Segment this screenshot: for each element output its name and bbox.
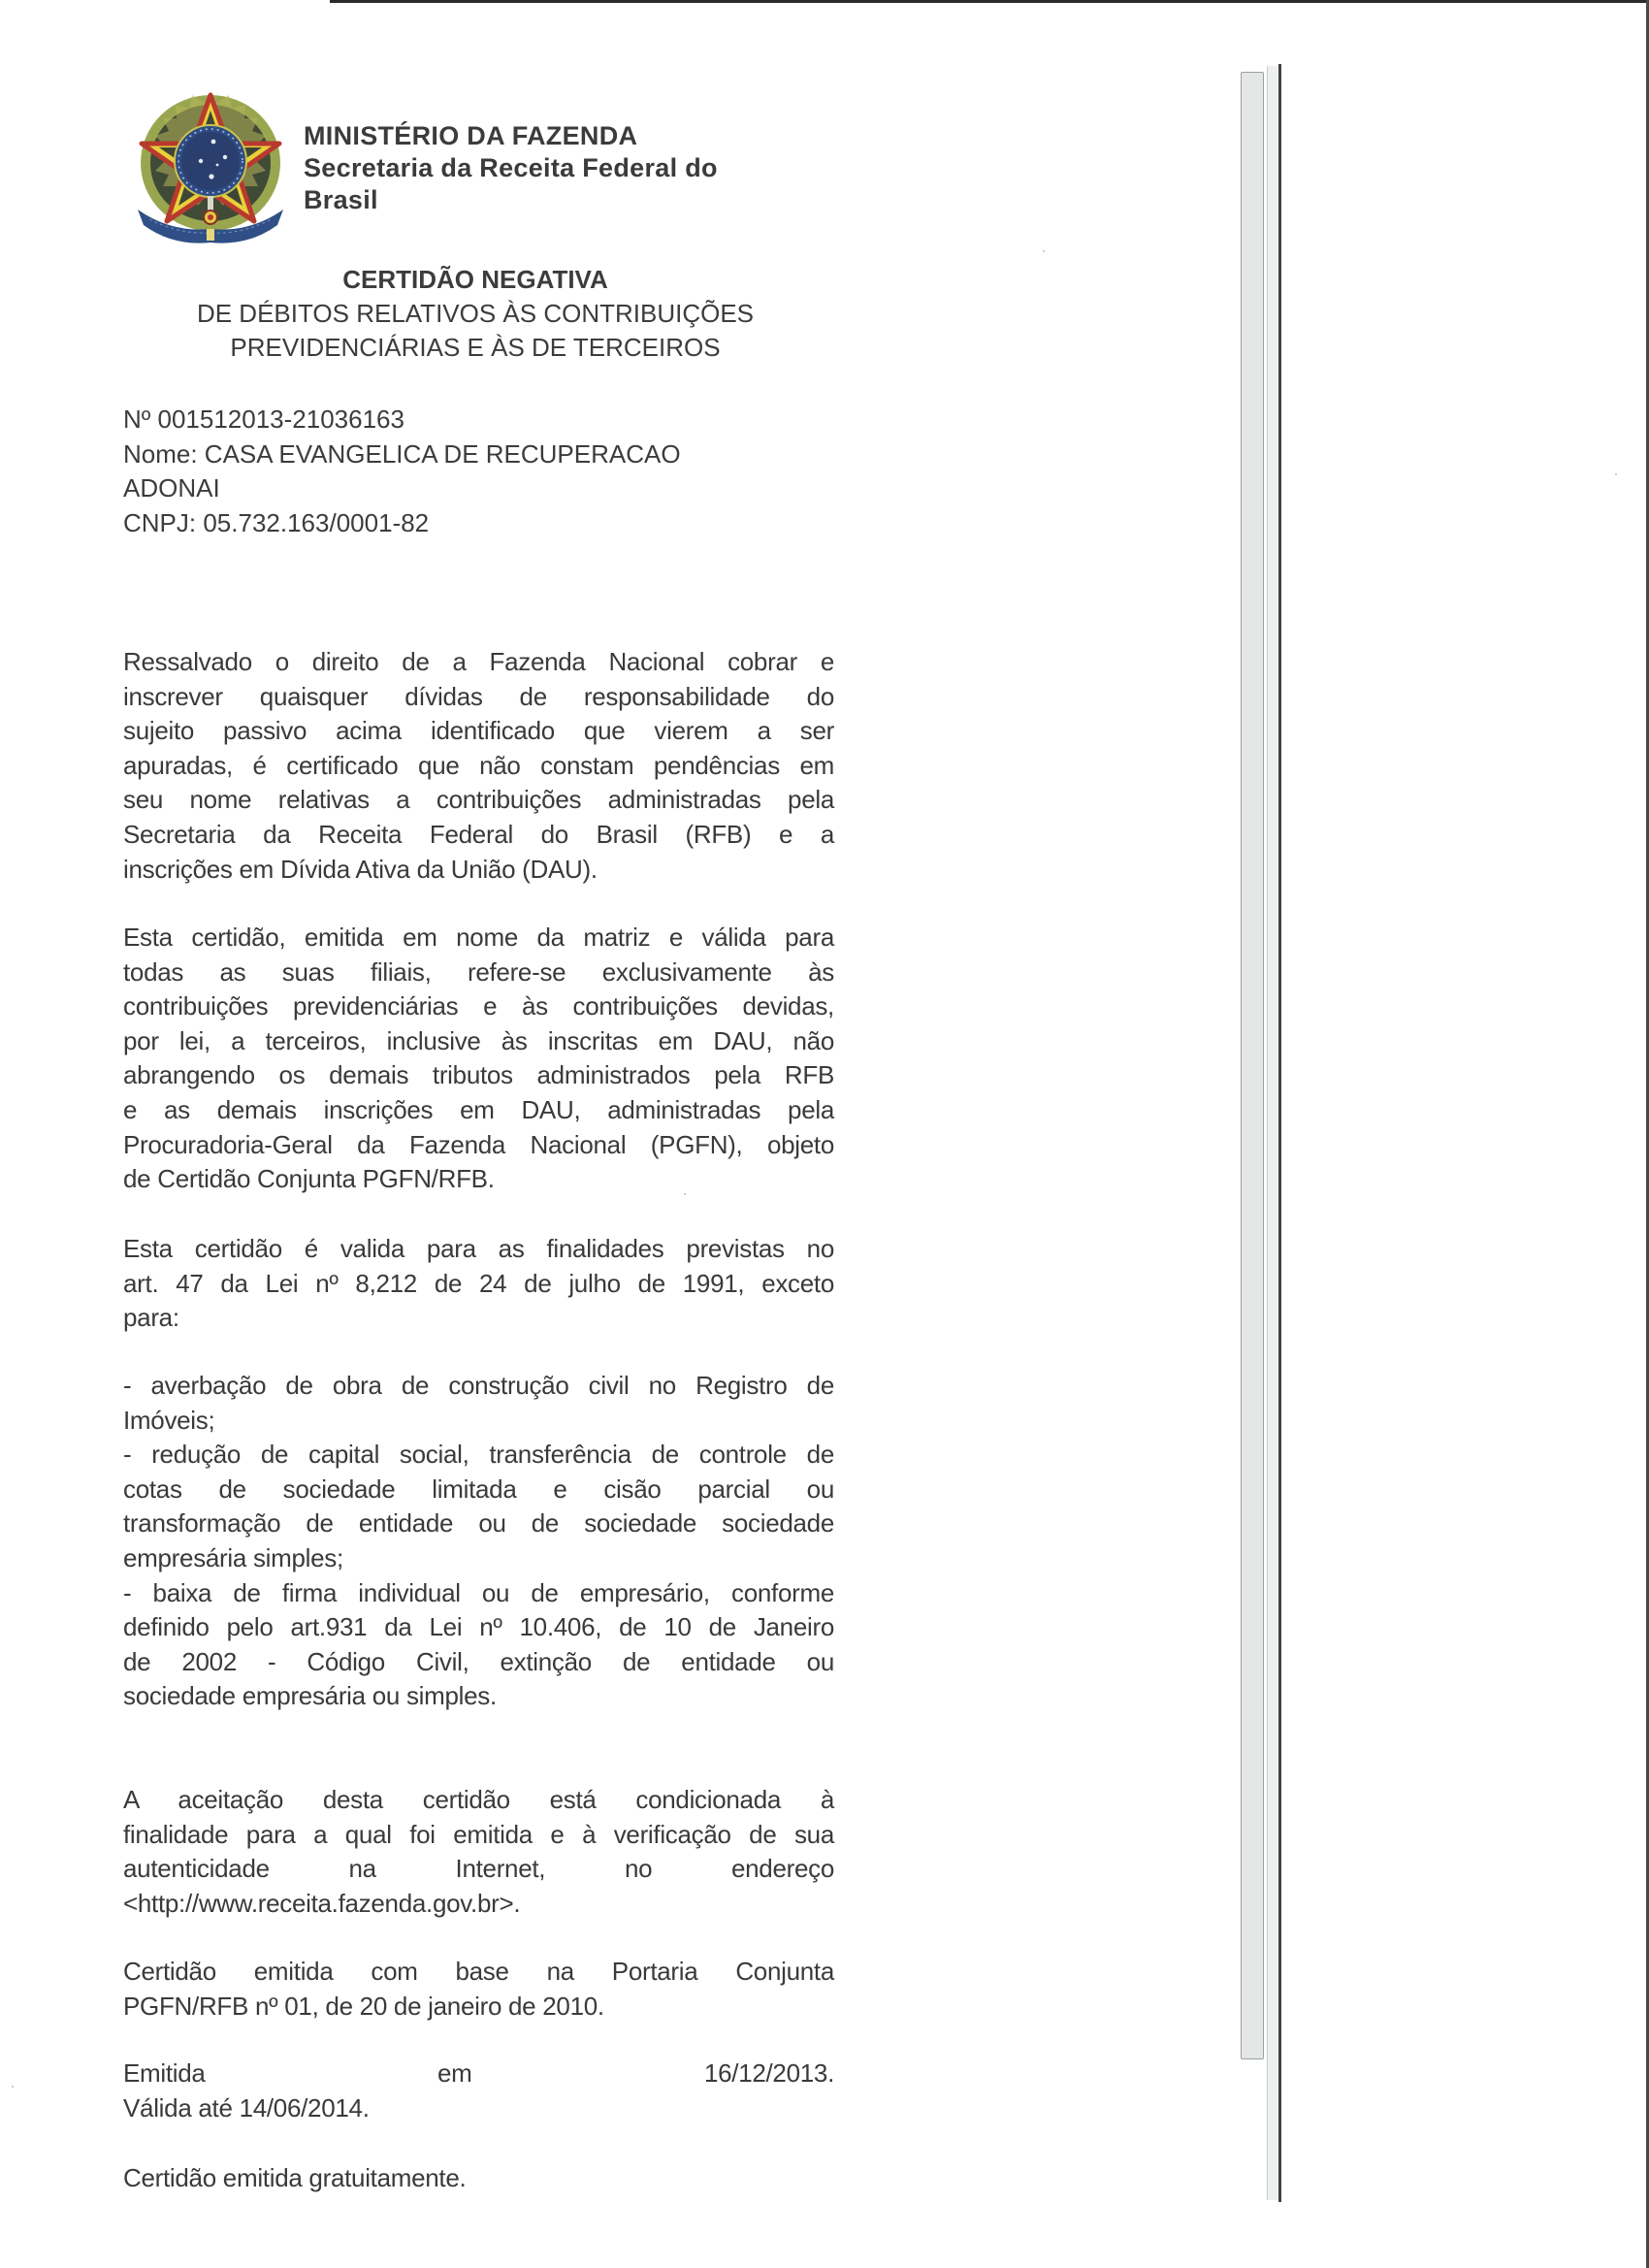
paragraph-line: empresária simples; <box>123 1541 834 1576</box>
taxpayer-name-line1: Nome: CASA EVANGELICA DE RECUPERACAO <box>123 437 681 472</box>
paragraph-line: Emitida em 16/12/2013. <box>123 2057 834 2091</box>
paragraph-validity-purposes: Esta certidão é valida para as finalidad… <box>123 1232 834 1336</box>
paragraph-line: PGFN/RFB nº 01, de 20 de janeiro de 2010… <box>123 1990 834 2025</box>
scrollbar-edge <box>1278 64 1281 2202</box>
paragraph-line: Certidão emitida gratuitamente. <box>123 2161 834 2196</box>
paragraph-line: - baixa de firma individual ou de empres… <box>123 1576 834 1611</box>
header-organization: MINISTÉRIO DA FAZENDA Secretaria da Rece… <box>304 120 718 216</box>
scan-speck <box>1043 250 1045 252</box>
scan-speck <box>1615 473 1617 475</box>
paragraph-line: para: <box>123 1301 834 1336</box>
paragraph-line: Secretaria da Receita Federal do Brasil … <box>123 818 834 853</box>
paragraph-line: por lei, a terceiros, inclusive às inscr… <box>123 1024 834 1059</box>
brazil-coat-of-arms-icon <box>132 87 289 252</box>
paragraph-line: - redução de capital social, transferênc… <box>123 1438 834 1473</box>
paragraph-certification: Ressalvado o direito de a Fazenda Nacion… <box>123 645 834 887</box>
paragraph-line: Certidão emitida com base na Portaria Co… <box>123 1955 834 1990</box>
paragraph-line: sujeito passivo acima identificado que v… <box>123 714 834 749</box>
paragraph-line: autenticidade na Internet, no endereço <box>123 1852 834 1887</box>
secretariat-name-line2: Brasil <box>304 184 718 216</box>
vertical-scrollbar[interactable] <box>1234 64 1286 2202</box>
paragraph-line: finalidade para a qual foi emitida e à v… <box>123 1818 834 1853</box>
title-main: CERTIDÃO NEGATIVA <box>126 263 824 297</box>
certificate-title: CERTIDÃO NEGATIVA DE DÉBITOS RELATIVOS À… <box>126 263 824 365</box>
identification-block: Nº 001512013-21036163 Nome: CASA EVANGEL… <box>123 403 681 540</box>
secretariat-name-line1: Secretaria da Receita Federal do <box>304 152 718 184</box>
paragraph-line: seu nome relativas a contribuições admin… <box>123 783 834 818</box>
paragraph-line: art. 47 da Lei nº 8,212 de 24 de julho d… <box>123 1267 834 1302</box>
paragraph-line: - averbação de obra de construção civil … <box>123 1369 834 1404</box>
paragraph-line: inscrever quaisquer dívidas de responsab… <box>123 680 834 715</box>
paragraph-line: Ressalvado o direito de a Fazenda Nacion… <box>123 645 834 680</box>
paragraph-dates: Emitida em 16/12/2013.Válida até 14/06/2… <box>123 2057 834 2125</box>
scan-speck <box>684 1193 686 1195</box>
paragraph-line: apuradas, é certificado que não constam … <box>123 749 834 784</box>
paragraph-line: e as demais inscrições em DAU, administr… <box>123 1093 834 1128</box>
paragraph-line: Imóveis; <box>123 1404 834 1439</box>
paragraph-line: abrangendo os demais tributos administra… <box>123 1058 834 1093</box>
paragraph-line: inscrições em Dívida Ativa da União (DAU… <box>123 853 834 888</box>
taxpayer-cnpj: CNPJ: 05.732.163/0001-82 <box>123 506 681 541</box>
paragraph-authenticity: A aceitação desta certidão está condicio… <box>123 1783 834 1921</box>
paragraph-line: definido pelo art.931 da Lei nº 10.406, … <box>123 1610 834 1645</box>
ministry-name: MINISTÉRIO DA FAZENDA <box>304 120 718 152</box>
paragraph-line: transformação de entidade ou de sociedad… <box>123 1507 834 1541</box>
paragraph-line: de Certidão Conjunta PGFN/RFB. <box>123 1162 834 1197</box>
paragraph-line: Procuradoria-Geral da Fazenda Nacional (… <box>123 1128 834 1163</box>
paragraph-line: contribuições previdenciárias e às contr… <box>123 989 834 1024</box>
paragraph-exceptions-list: - averbação de obra de construção civil … <box>123 1369 834 1714</box>
certificate-number: Nº 001512013-21036163 <box>123 403 681 437</box>
paragraph-line: sociedade empresária ou simples. <box>123 1679 834 1714</box>
paragraph-line: Esta certidão é valida para as finalidad… <box>123 1232 834 1267</box>
paragraph-free-issue: Certidão emitida gratuitamente. <box>123 2161 834 2196</box>
title-line2: DE DÉBITOS RELATIVOS ÀS CONTRIBUIÇÕES <box>126 297 824 331</box>
title-line3: PREVIDENCIÁRIAS E ÀS DE TERCEIROS <box>126 331 824 365</box>
scan-speck <box>12 2086 14 2088</box>
taxpayer-name-line2: ADONAI <box>123 471 681 506</box>
paragraph-line: todas as suas filiais, refere-se exclusi… <box>123 956 834 990</box>
paragraph-line: Esta certidão, emitida em nome da matriz… <box>123 921 834 956</box>
paragraph-legal-basis: Certidão emitida com base na Portaria Co… <box>123 1955 834 2024</box>
paragraph-line: de 2002 - Código Civil, extinção de enti… <box>123 1645 834 1680</box>
paragraph-line: Válida até 14/06/2014. <box>123 2091 834 2126</box>
paragraph-scope: Esta certidão, emitida em nome da matriz… <box>123 921 834 1197</box>
paragraph-line: <http://www.receita.fazenda.gov.br>. <box>123 1887 834 1922</box>
scrollbar-thumb[interactable] <box>1241 72 1264 2059</box>
paragraph-line: cotas de sociedade limitada e cisão parc… <box>123 1473 834 1507</box>
scan-edge-top <box>330 0 1649 3</box>
paragraph-line: A aceitação desta certidão está condicio… <box>123 1783 834 1818</box>
